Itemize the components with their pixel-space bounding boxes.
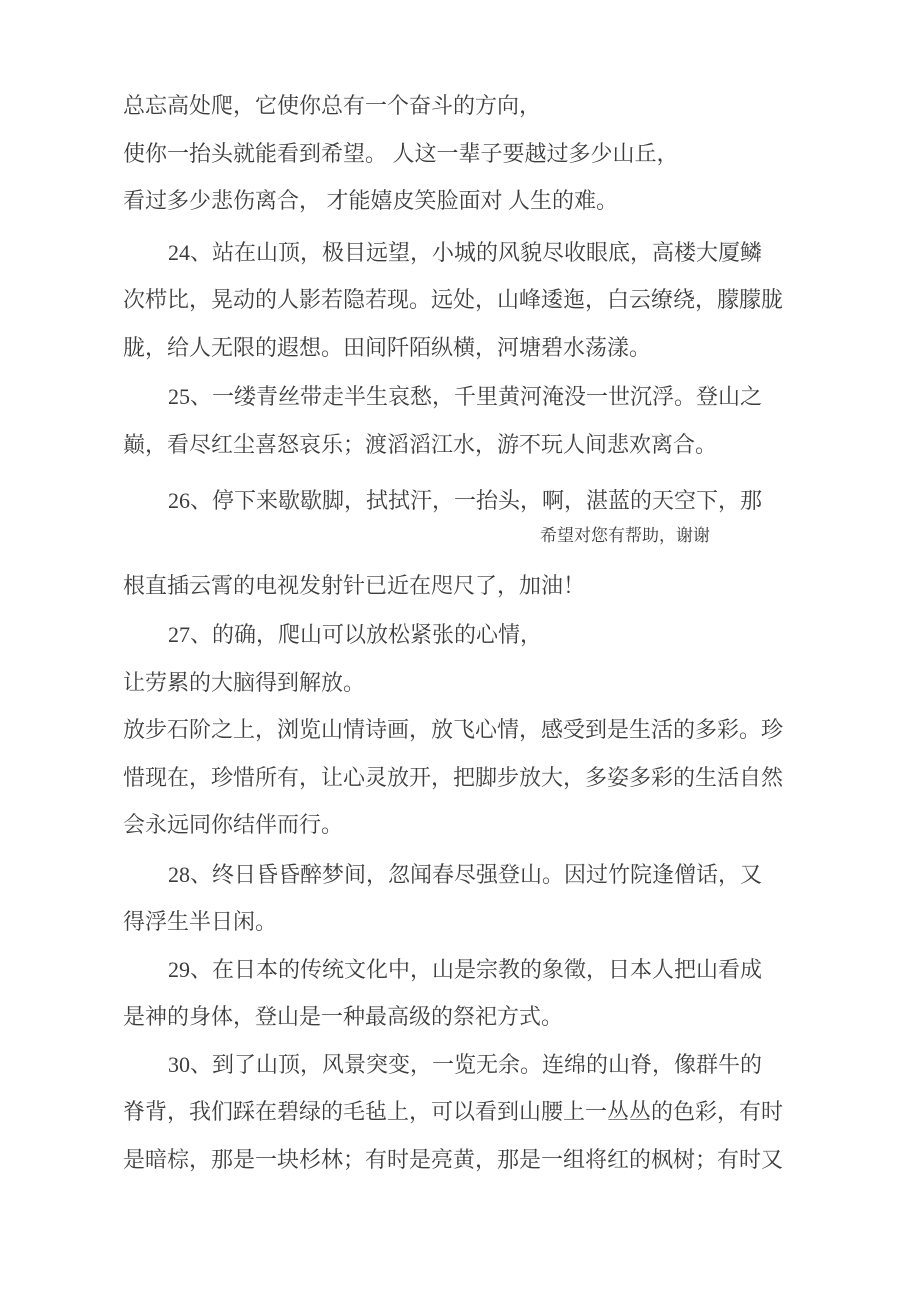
paragraph-26-start: 26、停下来歇歇脚，拭拭汗，一抬头，啊，湛蓝的天空下，那 [123,477,792,525]
paragraph-28-start: 28、终日昏昏醉梦间，忽闻春尽强登山。因过竹院逢僧话，又 [123,851,792,899]
text-line: 得浮生半日闲。 [123,898,792,946]
paragraph-27-start: 27、的确，爬山可以放松紧张的心情， [123,611,792,659]
helper-note: 希望对您有帮助，谢谢 [123,525,792,546]
text-line: 总忘高处爬，它使你总有一个奋斗的方向， [123,82,792,130]
text-line: 次栉比，晃动的人影若隐若现。远处，山峰逶迤，白云缭绕，朦朦胧 [123,276,792,324]
paragraph-24-start: 24、站在山顶，极目远望，小城的风貌尽收眼底，高楼大厦鳞 [123,229,792,277]
text-line: 胧，给人无限的遐想。田间阡陌纵横，河塘碧水荡漾。 [123,324,792,372]
paragraph-30-start: 30、到了山顶，风景突变，一览无余。连绵的山脊，像群牛的 [123,1041,792,1089]
document-page: 总忘高处爬，它使你总有一个奋斗的方向， 使你一抬头就能看到希望。 人这一辈子要越… [0,0,920,1303]
text-line: 看过多少悲伤离合， 才能嬉皮笑脸面对 人生的难。 [123,177,792,225]
text-line: 使你一抬头就能看到希望。 人这一辈子要越过多少山丘， [123,130,792,178]
text-line: 惜现在，珍惜所有，让心灵放开，把脚步放大，多姿多彩的生活自然 [123,754,792,802]
text-line: 是神的身体，登山是一种最高级的祭祀方式。 [123,993,792,1041]
text-line: 放步石阶之上，浏览山情诗画，放飞心情，感受到是生活的多彩。珍 [123,706,792,754]
text-line: 巅，看尽红尘喜怒哀乐；渡滔滔江水，游不玩人间悲欢离合。 [123,421,792,469]
text-line: 根直插云霄的电视发射针已近在咫尺了，加油！ [123,562,792,610]
text-line: 脊背，我们踩在碧绿的毛毡上，可以看到山腰上一丛丛的色彩，有时 [123,1088,792,1136]
text-line: 会永远同你结伴而行。 [123,801,792,849]
paragraph-29-start: 29、在日本的传统文化中，山是宗教的象徵，日本人把山看成 [123,946,792,994]
text-line: 是暗棕，那是一块杉林；有时是亮黄，那是一组将红的枫树；有时又 [123,1136,792,1184]
text-line: 让劳累的大脑得到解放。 [123,659,792,707]
paragraph-25-start: 25、一缕青丝带走半生哀愁，千里黄河淹没一世沉浮。登山之 [123,373,792,421]
